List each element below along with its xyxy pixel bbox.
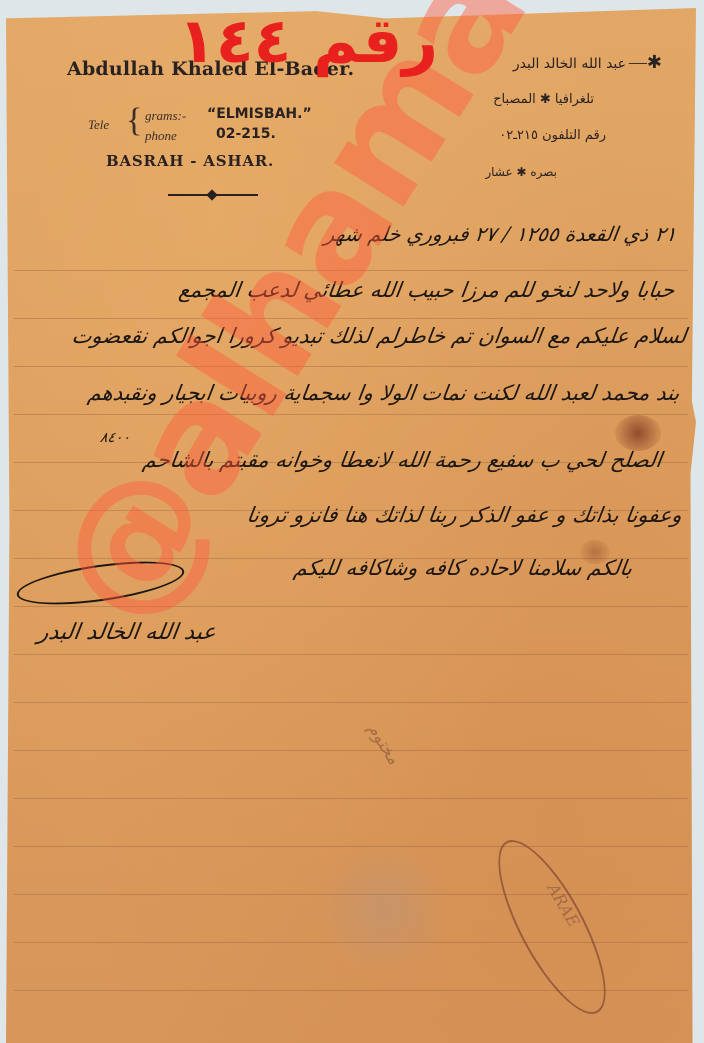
ruled-line: [14, 798, 688, 799]
letter-line: بند محمد لعبد الله لكنت نمات الولا وا سج…: [87, 381, 682, 405]
letter-line: الصلح لحي ب سفيع رحمة الله لانعطا وخوانه…: [142, 448, 664, 472]
letter-line: حبابا ولاحد لنخو للم مرزا حبيب الله عطائ…: [177, 278, 676, 302]
letterhead-city: BASRAH - ASHAR.: [106, 152, 274, 170]
city-arabic: بصره ✱ عشار: [485, 165, 557, 179]
letterhead-name-arabic: عبد الله الخالد البدر: [513, 56, 626, 72]
ruled-line: [14, 750, 688, 751]
phone-value: 02-215.: [216, 126, 276, 142]
ruled-line: [14, 270, 688, 271]
ornament-divider: [168, 194, 258, 196]
ruled-line: [14, 702, 688, 703]
ruled-line: [14, 846, 688, 847]
ruled-line: [14, 414, 688, 415]
grams-arabic: تلغرافيا ✱ المصباح: [493, 92, 594, 107]
ruled-line: [14, 606, 688, 607]
ruled-line: [14, 654, 688, 655]
letter-line: لسلام عليكم مع السوان تم خاطرلم لذلك تبد…: [70, 324, 688, 348]
grams-value: “ELMISBAH.”: [207, 106, 312, 122]
reference-number: رقم ١٤٤: [178, 10, 438, 72]
ink-stain: [615, 415, 661, 451]
signature: عبد الله الخالد البدر: [36, 620, 217, 645]
tele-label: Tele: [88, 117, 109, 133]
ruled-line: [14, 318, 688, 319]
ink-stain: [580, 540, 610, 564]
ruled-line: [14, 366, 688, 367]
margin-number: ٨٤٠٠: [99, 430, 131, 446]
phone-arabic: رقم التلفون ٢١٥ـ٠٢: [499, 128, 606, 143]
grams-label: grams:-: [145, 108, 186, 124]
star-ornament-icon: —✱: [629, 52, 662, 73]
brace-icon: {: [126, 104, 142, 138]
phone-label: phone: [145, 128, 177, 144]
letter-line: وعفونا بذاتك و عفو الذكر ربنا لذاتك هنا …: [245, 503, 683, 527]
date-line: ٢١ ذي القعدة ١٢٥٥ / ٢٧ فبروري خلم شهر: [323, 222, 678, 246]
faded-seal: [318, 840, 448, 980]
